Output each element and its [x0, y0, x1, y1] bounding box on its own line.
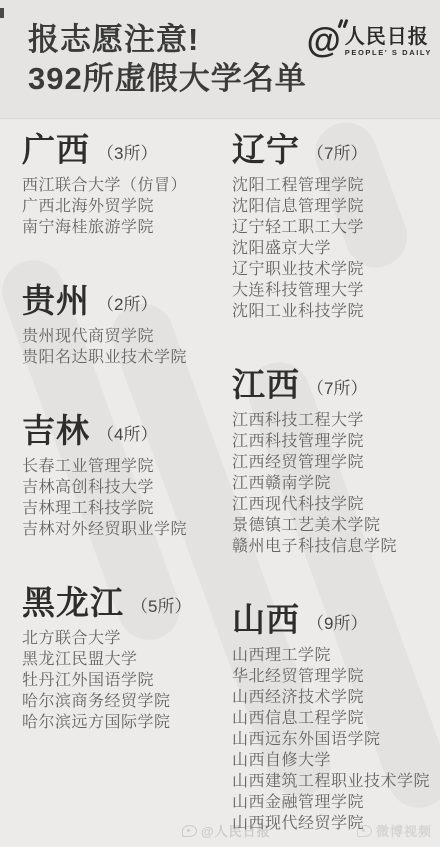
- list-item: 哈尔滨商务经贸学院: [22, 691, 232, 712]
- infographic-poster: 报志愿注意! 392所虚假大学名单 @ 人民日报 PEOPLE' S DAILY…: [0, 0, 440, 847]
- list-item: 沈阳工程管理学院: [232, 175, 440, 196]
- list-item: 沈阳盛京大学: [232, 238, 440, 259]
- list-item: 江西现代科技学院: [232, 494, 440, 515]
- section-guizhou: 贵州 （2所） 贵州现代商贸学院 贵阳名达职业技术学院: [22, 284, 232, 368]
- list-item: 大连科技管理大学: [232, 280, 440, 301]
- list-item: 赣州电子科技信息学院: [232, 536, 440, 557]
- province-name: 广西: [22, 133, 90, 167]
- list-item: 华北经贸管理学院: [232, 666, 440, 687]
- weibo-watermark-center: @人民日报: [182, 821, 271, 840]
- list-item: 吉林高创科技大学: [22, 477, 232, 498]
- list-item: 江西赣南学院: [232, 473, 440, 494]
- logo-name: 人民日报: [345, 26, 432, 48]
- peoples-daily-logo: @ 人民日报 PEOPLE' S DAILY: [307, 24, 432, 58]
- list-item: 江西经贸管理学院: [232, 452, 440, 473]
- weibo-eye-icon: [357, 825, 372, 837]
- section-jilin: 吉林 （4所） 长春工业管理学院 吉林高创科技大学 吉林理工科技学院 吉林对外经…: [22, 414, 232, 540]
- weibo-eye-icon: [182, 825, 197, 837]
- province-name: 辽宁: [232, 133, 300, 167]
- list-item: 吉林对外经贸职业学院: [22, 519, 232, 540]
- list-item: 西江联合大学（仿冒）: [22, 175, 232, 196]
- section-heading: 广西 （3所）: [22, 133, 232, 167]
- province-name: 贵州: [22, 284, 90, 318]
- edge-mark: [0, 8, 4, 18]
- university-list: 广西 （3所） 西江联合大学（仿冒） 广西北海外贸学院 南宁海桂旅游学院 贵州 …: [0, 119, 440, 847]
- header: 报志愿注意! 392所虚假大学名单 @ 人民日报 PEOPLE' S DAILY: [0, 0, 440, 119]
- section-heading: 山西 （9所）: [232, 603, 440, 637]
- list-item: 山西远东外国语学院: [232, 729, 440, 750]
- list-item: 广西北海外贸学院: [22, 196, 232, 217]
- list-item: 山西建筑工程职业技术学院: [232, 771, 440, 792]
- section-heading: 黑龙江 （5所）: [22, 586, 232, 620]
- list-item: 山西经济技术学院: [232, 687, 440, 708]
- section-guangxi: 广西 （3所） 西江联合大学（仿冒） 广西北海外贸学院 南宁海桂旅游学院: [22, 133, 232, 238]
- weibo-watermark-right: 微博视频: [357, 821, 432, 840]
- list-item: 江西科技管理学院: [232, 431, 440, 452]
- watermark-text: @人民日报: [201, 821, 271, 840]
- province-count: （4所）: [97, 420, 157, 448]
- section-heading: 贵州 （2所）: [22, 284, 232, 318]
- section-heading: 辽宁 （7所）: [232, 133, 440, 167]
- page-title: 报志愿注意! 392所虚假大学名单: [28, 20, 307, 98]
- list-item: 景德镇工艺美术学院: [232, 515, 440, 536]
- province-count: （9所）: [307, 609, 367, 637]
- section-jiangxi: 江西 （7所） 江西科技工程大学 江西科技管理学院 江西经贸管理学院 江西赣南学…: [232, 368, 440, 557]
- title-line-2: 392所虚假大学名单: [28, 59, 307, 98]
- logo-text: 人民日报 PEOPLE' S DAILY: [345, 24, 432, 57]
- list-item: 山西自修大学: [232, 750, 440, 771]
- list-item: 沈阳信息管理学院: [232, 196, 440, 217]
- province-count: （7所）: [307, 139, 367, 167]
- list-item: 长春工业管理学院: [22, 456, 232, 477]
- watermark-text: 微博视频: [376, 821, 432, 840]
- list-item: 江西科技工程大学: [232, 410, 440, 431]
- province-count: （3所）: [97, 139, 157, 167]
- list-item: 黑龙江民盟大学: [22, 649, 232, 670]
- list-item: 沈阳工业科技学院: [232, 301, 440, 322]
- list-item: 辽宁轻工职工大学: [232, 217, 440, 238]
- province-count: （7所）: [307, 374, 367, 402]
- section-heading: 江西 （7所）: [232, 368, 440, 402]
- province-name: 吉林: [22, 414, 90, 448]
- section-heading: 吉林 （4所）: [22, 414, 232, 448]
- at-megaphone-icon: @: [307, 24, 341, 58]
- list-item: 山西信息工程学院: [232, 708, 440, 729]
- list-item: 牡丹江外国语学院: [22, 670, 232, 691]
- left-column: 广西 （3所） 西江联合大学（仿冒） 广西北海外贸学院 南宁海桂旅游学院 贵州 …: [0, 119, 232, 847]
- section-heilongjiang: 黑龙江 （5所） 北方联合大学 黑龙江民盟大学 牡丹江外国语学院 哈尔滨商务经贸…: [22, 586, 232, 733]
- right-column: 辽宁 （7所） 沈阳工程管理学院 沈阳信息管理学院 辽宁轻工职工大学 沈阳盛京大…: [232, 119, 440, 847]
- province-count: （2所）: [97, 290, 157, 318]
- province-name: 江西: [232, 368, 300, 402]
- section-shanxi: 山西 （9所） 山西理工学院 华北经贸管理学院 山西经济技术学院 山西信息工程学…: [232, 603, 440, 834]
- list-item: 贵州现代商贸学院: [22, 326, 232, 347]
- section-liaoning: 辽宁 （7所） 沈阳工程管理学院 沈阳信息管理学院 辽宁轻工职工大学 沈阳盛京大…: [232, 133, 440, 322]
- list-item: 北方联合大学: [22, 628, 232, 649]
- province-count: （5所）: [131, 592, 191, 620]
- province-name: 山西: [232, 603, 300, 637]
- list-item: 山西金融管理学院: [232, 792, 440, 813]
- title-line-1: 报志愿注意!: [28, 20, 307, 59]
- list-item: 哈尔滨远方国际学院: [22, 712, 232, 733]
- list-item: 贵阳名达职业技术学院: [22, 347, 232, 368]
- list-item: 山西理工学院: [232, 645, 440, 666]
- logo-subtitle: PEOPLE' S DAILY: [345, 48, 432, 57]
- province-name: 黑龙江: [22, 586, 124, 620]
- list-item: 南宁海桂旅游学院: [22, 217, 232, 238]
- list-item: 辽宁职业技术学院: [232, 259, 440, 280]
- list-item: 吉林理工科技学院: [22, 498, 232, 519]
